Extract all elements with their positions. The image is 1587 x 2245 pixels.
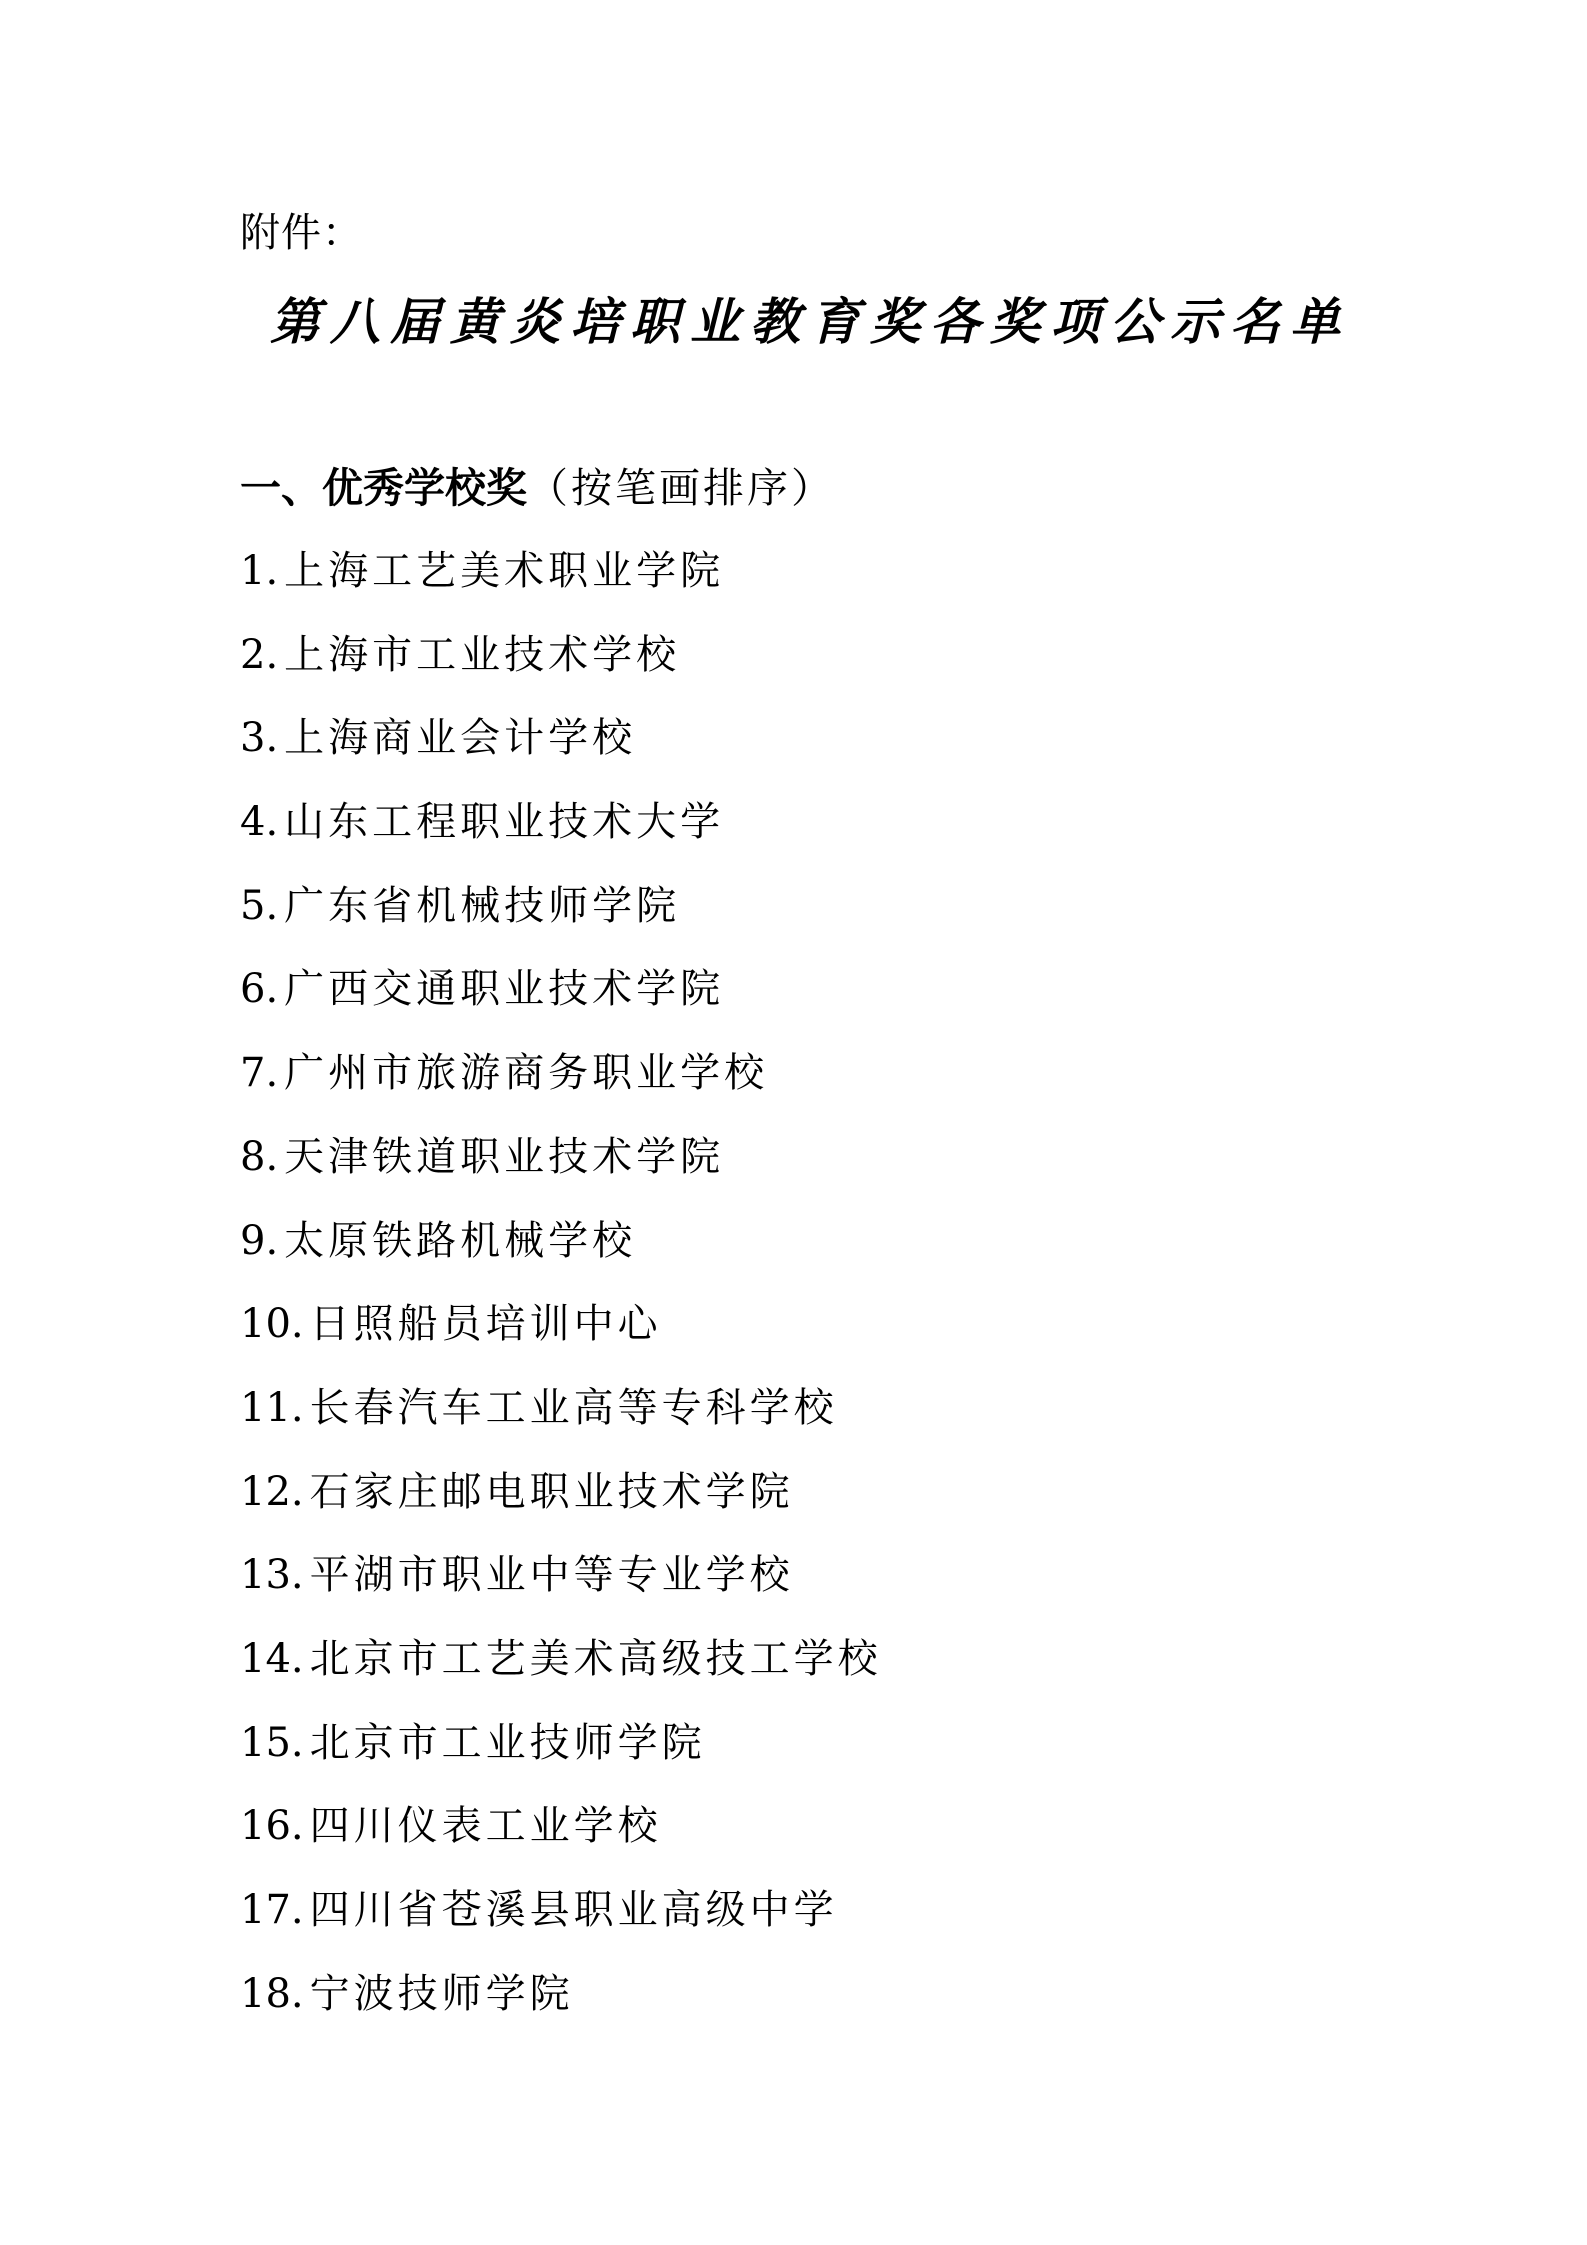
- item-number: 3.: [240, 708, 278, 768]
- item-name: 上海工艺美术职业学院: [284, 548, 724, 594]
- item-name: 长春汽车工业高等专科学校: [310, 1385, 838, 1431]
- item-name: 山东工程职业技术大学: [284, 799, 724, 845]
- item-number: 5.: [240, 876, 278, 936]
- list-item: 18.宁波技师学院: [240, 1964, 882, 2048]
- item-name: 广西交通职业技术学院: [284, 966, 724, 1012]
- item-number: 6.: [240, 959, 278, 1019]
- section-heading-title: 一、优秀学校奖: [240, 464, 527, 512]
- item-name: 广州市旅游商务职业学校: [284, 1050, 768, 1096]
- list-item: 5.广东省机械技师学院: [240, 876, 882, 960]
- item-number: 16.: [240, 1796, 304, 1856]
- list-item: 6.广西交通职业技术学院: [240, 959, 882, 1043]
- list-item: 4.山东工程职业技术大学: [240, 792, 882, 876]
- list-item: 8.天津铁道职业技术学院: [240, 1127, 882, 1211]
- section-heading: 一、优秀学校奖（按笔画排序）: [240, 458, 835, 518]
- list-item: 16.四川仪表工业学校: [240, 1796, 882, 1880]
- section-heading-note: （按笔画排序）: [527, 464, 835, 512]
- item-name: 日照船员培训中心: [310, 1301, 662, 1347]
- item-name: 太原铁路机械学校: [284, 1218, 636, 1264]
- document-page: 附件： 第八届黄炎培职业教育奖各奖项公示名单 一、优秀学校奖（按笔画排序） 1.…: [0, 0, 1587, 2245]
- item-number: 15.: [240, 1713, 304, 1773]
- list-item: 17.四川省苍溪县职业高级中学: [240, 1880, 882, 1964]
- item-name: 北京市工艺美术高级技工学校: [310, 1636, 882, 1682]
- item-name: 石家庄邮电职业技术学院: [310, 1469, 794, 1515]
- item-number: 9.: [240, 1211, 278, 1271]
- list-item: 9.太原铁路机械学校: [240, 1211, 882, 1295]
- item-number: 10.: [240, 1294, 304, 1354]
- item-number: 13.: [240, 1545, 304, 1605]
- item-number: 2.: [240, 625, 278, 685]
- list-item: 7.广州市旅游商务职业学校: [240, 1043, 882, 1127]
- item-name: 广东省机械技师学院: [284, 883, 680, 929]
- item-name: 四川仪表工业学校: [310, 1803, 662, 1849]
- item-number: 12.: [240, 1462, 304, 1522]
- item-number: 11.: [240, 1378, 304, 1438]
- item-name: 四川省苍溪县职业高级中学: [310, 1887, 838, 1933]
- list-item: 13.平湖市职业中等专业学校: [240, 1545, 882, 1629]
- item-name: 平湖市职业中等专业学校: [310, 1552, 794, 1598]
- item-name: 天津铁道职业技术学院: [284, 1134, 724, 1180]
- item-name: 宁波技师学院: [310, 1971, 574, 2017]
- item-number: 14.: [240, 1629, 304, 1689]
- item-name: 上海市工业技术学校: [284, 632, 680, 678]
- item-number: 4.: [240, 792, 278, 852]
- list-item: 2.上海市工业技术学校: [240, 625, 882, 709]
- list-item: 14.北京市工艺美术高级技工学校: [240, 1629, 882, 1713]
- list-item: 10.日照船员培训中心: [240, 1294, 882, 1378]
- item-number: 7.: [240, 1043, 278, 1103]
- attachment-label: 附件：: [240, 205, 363, 261]
- list-item: 1.上海工艺美术职业学院: [240, 541, 882, 625]
- list-item: 11.长春汽车工业高等专科学校: [240, 1378, 882, 1462]
- item-name: 上海商业会计学校: [284, 715, 636, 761]
- document-title: 第八届黄炎培职业教育奖各奖项公示名单: [270, 292, 1330, 352]
- item-number: 18.: [240, 1964, 304, 2024]
- item-number: 8.: [240, 1127, 278, 1187]
- list-item: 3.上海商业会计学校: [240, 708, 882, 792]
- item-number: 17.: [240, 1880, 304, 1940]
- school-award-list: 1.上海工艺美术职业学院 2.上海市工业技术学校 3.上海商业会计学校 4.山东…: [240, 541, 882, 2047]
- list-item: 12.石家庄邮电职业技术学院: [240, 1462, 882, 1546]
- item-number: 1.: [240, 541, 278, 601]
- item-name: 北京市工业技师学院: [310, 1720, 706, 1766]
- list-item: 15.北京市工业技师学院: [240, 1713, 882, 1797]
